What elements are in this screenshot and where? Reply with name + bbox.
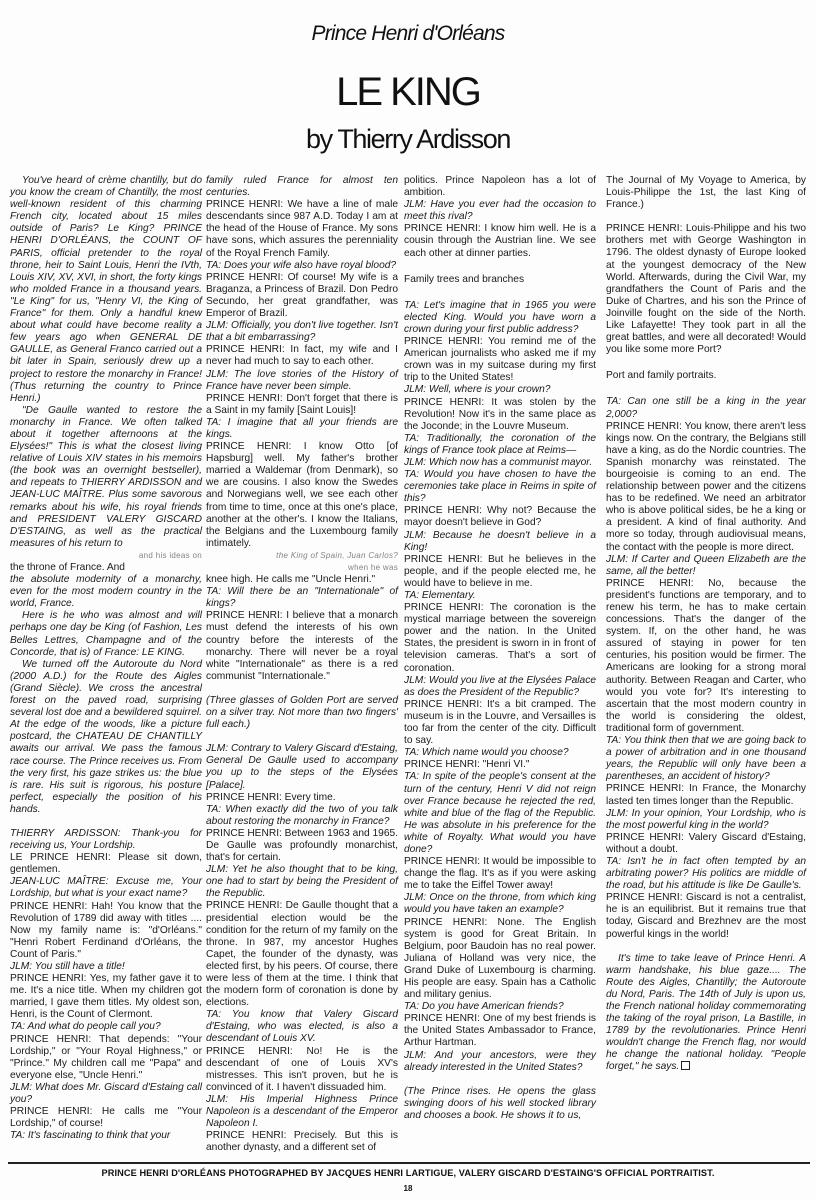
article-byline: by Thierry Ardisson: [0, 126, 816, 153]
article-paragraph: PRINCE HENRI: Why not? Because the mayor…: [404, 505, 596, 529]
article-paragraph: PRINCE HENRI: None. The English system i…: [404, 917, 596, 1002]
article-paragraph: It's time to take leave of Prince Henri.…: [606, 953, 806, 1074]
article-paragraph: PRINCE HENRI: It was stolen by the Revol…: [404, 397, 596, 433]
article-paragraph: TA: And what do people call you?: [10, 1021, 202, 1033]
article-paragraph: PRINCE HENRI: Valery Giscard d'Estaing, …: [606, 832, 806, 856]
article-paragraph: PRINCE HENRI: We have a line of male des…: [206, 199, 398, 259]
article-paragraph: TA: Elementary.: [404, 590, 596, 602]
article-title: LE KING: [0, 72, 816, 112]
article-paragraph: The Journal of My Voyage to America, by …: [606, 175, 806, 211]
text-column-4: The Journal of My Voyage to America, by …: [606, 175, 806, 1074]
article-paragraph: family ruled France for almost ten centu…: [206, 175, 398, 199]
article-paragraph: the absolute modernity of a monarchy, ev…: [10, 574, 202, 610]
article-paragraph: JLM: Once on the throne, from which king…: [404, 892, 596, 916]
footer-rule: [8, 1162, 810, 1164]
article-paragraph: TA: Let's imagine that in 1965 you were …: [404, 300, 596, 336]
article-paragraph: JLM: Officially, you don't live together…: [206, 320, 398, 344]
article-paragraph: TA: Can one still be a king in the year …: [606, 396, 806, 420]
article-paragraph: JLM: His Imperial Highness Prince Napole…: [206, 1094, 398, 1130]
article-paragraph: PRINCE HENRI: He calls me "Your Lordship…: [10, 1106, 202, 1130]
article-paragraph: and his ideas on: [10, 550, 202, 562]
article-paragraph: JLM: The love stories of the History of …: [206, 369, 398, 393]
article-paragraph: TA: I imagine that all your friends are …: [206, 417, 398, 441]
article-paragraph: PRINCE HENRI: De Gaulle thought that a p…: [206, 900, 398, 1009]
article-paragraph: TA: It's fascinating to think that your: [10, 1130, 202, 1142]
article-paragraph: JLM: In your opinion, Your Lordship, who…: [606, 808, 806, 832]
article-paragraph: PRINCE HENRI: No! He is the descendant o…: [206, 1046, 398, 1094]
article-paragraph: TA: Isn't he in fact often tempted by an…: [606, 856, 806, 892]
article-paragraph: JLM: Would you live at the Elysées Palac…: [404, 675, 596, 699]
page-number: 18: [0, 1184, 816, 1193]
article-paragraph: JLM: You still have a title!: [10, 961, 202, 973]
article-paragraph: JLM: Yet he also thought that to be king…: [206, 864, 398, 900]
article-paragraph: PRINCE HENRI: But he believes in the peo…: [404, 554, 596, 590]
article-paragraph: PRINCE HENRI: That depends: "Your Lordsh…: [10, 1034, 202, 1082]
article-paragraph: PRINCE HENRI: One of my best friends is …: [404, 1013, 596, 1049]
article-paragraph: PRINCE HENRI: In fact, my wife and I nev…: [206, 344, 398, 368]
article-paragraph: JLM: Which now has a communist mayor.: [404, 457, 596, 469]
article-paragraph: TA: In spite of the people's consent at …: [404, 771, 596, 856]
article-paragraph: PRINCE HENRI: Hah! You know that the Rev…: [10, 901, 202, 961]
article-paragraph: PRINCE HENRI: In France, the Monarchy la…: [606, 783, 806, 807]
article-paragraph: TA: You know that Valery Giscard d'Estai…: [206, 1009, 398, 1045]
article-paragraph: TA: Does your wife also have royal blood…: [206, 260, 398, 272]
article-paragraph: JLM: And your ancestors, were they alrea…: [404, 1050, 596, 1074]
article-paragraph: (The Prince rises. He opens the glass sw…: [404, 1086, 596, 1122]
article-paragraph: LE PRINCE HENRI: Please sit down, gentle…: [10, 852, 202, 876]
article-paragraph: JLM: Well, where is your crown?: [404, 384, 596, 396]
article-paragraph: PRINCE HENRI: Between 1963 and 1965. De …: [206, 828, 398, 864]
article-paragraph: TA: Would you have chosen to have the ce…: [404, 469, 596, 505]
article-paragraph: Family trees and branches: [404, 274, 596, 286]
article-paragraph: the throne of France. And: [10, 562, 202, 574]
article-paragraph: knee high. He calls me "Uncle Henri.": [206, 574, 398, 586]
article-paragraph: PRINCE HENRI: "Henri VI.": [404, 759, 596, 771]
article-paragraph: PRINCE HENRI: Louis-Philippe and his two…: [606, 223, 806, 356]
article-paragraph: when he was: [206, 562, 398, 574]
text-column-2: family ruled France for almost ten centu…: [206, 175, 398, 1154]
article-paragraph: "De Gaulle wanted to restore the monarch…: [10, 405, 202, 550]
article-paragraph: PRINCE HENRI: The coronation is the myst…: [404, 602, 596, 675]
article-paragraph: PRINCE HENRI: No, because the president'…: [606, 578, 806, 735]
article-paragraph: THIERRY ARDISSON: Thank-you for receivin…: [10, 828, 202, 852]
article-paragraph: PRINCE HENRI: I know Otto [of Hapsburg] …: [206, 441, 398, 550]
text-column-1: You've heard of crème chantilly, but do …: [10, 175, 202, 1142]
article-paragraph: JEAN-LUC MAÎTRE: Excuse me, Your Lordshi…: [10, 876, 202, 900]
article-kicker: Prince Henri d'Orléans: [0, 22, 816, 46]
article-paragraph: TA: When exactly did the two of you talk…: [206, 804, 398, 828]
article-paragraph: JLM: What does Mr. Giscard d'Estaing cal…: [10, 1082, 202, 1106]
article-paragraph: JLM: Contrary to Valery Giscard d'Estain…: [206, 743, 398, 791]
article-paragraph: PRINCE HENRI: You remind me of the Ameri…: [404, 336, 596, 384]
article-paragraph: PRINCE HENRI: Of course! My wife is a Br…: [206, 272, 398, 320]
article-paragraph: PRINCE HENRI: It would be impossible to …: [404, 856, 596, 892]
photo-credit-caption: PRINCE HENRI D'ORLÉANS PHOTOGRAPHED BY J…: [0, 1168, 816, 1178]
article-paragraph: politics. Prince Napoleon has a lot of a…: [404, 175, 596, 199]
article-paragraph: PRINCE HENRI: Every time.: [206, 792, 398, 804]
article-paragraph: Here is he who was almost and will perha…: [10, 610, 202, 658]
article-paragraph: the King of Spain, Juan Carlos?: [206, 550, 398, 562]
article-paragraph: PRINCE HENRI: You know, there aren't les…: [606, 421, 806, 554]
article-paragraph: We turned off the Autoroute du Nord (200…: [10, 659, 202, 816]
article-paragraph: JLM: If Carter and Queen Elizabeth are t…: [606, 554, 806, 578]
article-paragraph: PRINCE HENRI: Yes, my father gave it to …: [10, 973, 202, 1021]
article-paragraph: PRINCE HENRI: Precisely. But this is ano…: [206, 1130, 398, 1154]
article-paragraph: TA: Traditionally, the coronation of the…: [404, 433, 596, 457]
article-paragraph: PRINCE HENRI: I know him well. He is a c…: [404, 223, 596, 259]
article-paragraph: TA: Which name would you choose?: [404, 747, 596, 759]
article-paragraph: TA: Will there be an "Internationale" of…: [206, 586, 398, 610]
magazine-page: Prince Henri d'Orléans LE KING by Thierr…: [0, 0, 816, 1200]
article-paragraph: PRINCE HENRI: Giscard is not a centralis…: [606, 892, 806, 940]
article-paragraph: TA: Do you have American friends?: [404, 1001, 596, 1013]
article-paragraph: PRINCE HENRI: It's a bit cramped. The mu…: [404, 699, 596, 747]
text-column-3: politics. Prince Napoleon has a lot of a…: [404, 175, 596, 1122]
article-paragraph: TA: You think then that we are going bac…: [606, 735, 806, 783]
article-paragraph: (Three glasses of Golden Port are served…: [206, 695, 398, 731]
end-mark-icon: [681, 1061, 690, 1070]
article-paragraph: PRINCE HENRI: I believe that a monarch m…: [206, 610, 398, 683]
article-paragraph: You've heard of crème chantilly, but do …: [10, 175, 202, 405]
article-paragraph: Port and family portraits.: [606, 370, 806, 382]
article-paragraph: JLM: Because he doesn't believe in a Kin…: [404, 530, 596, 554]
article-paragraph: PRINCE HENRI: Don't forget that there is…: [206, 393, 398, 417]
article-paragraph: JLM: Have you ever had the occasion to m…: [404, 199, 596, 223]
